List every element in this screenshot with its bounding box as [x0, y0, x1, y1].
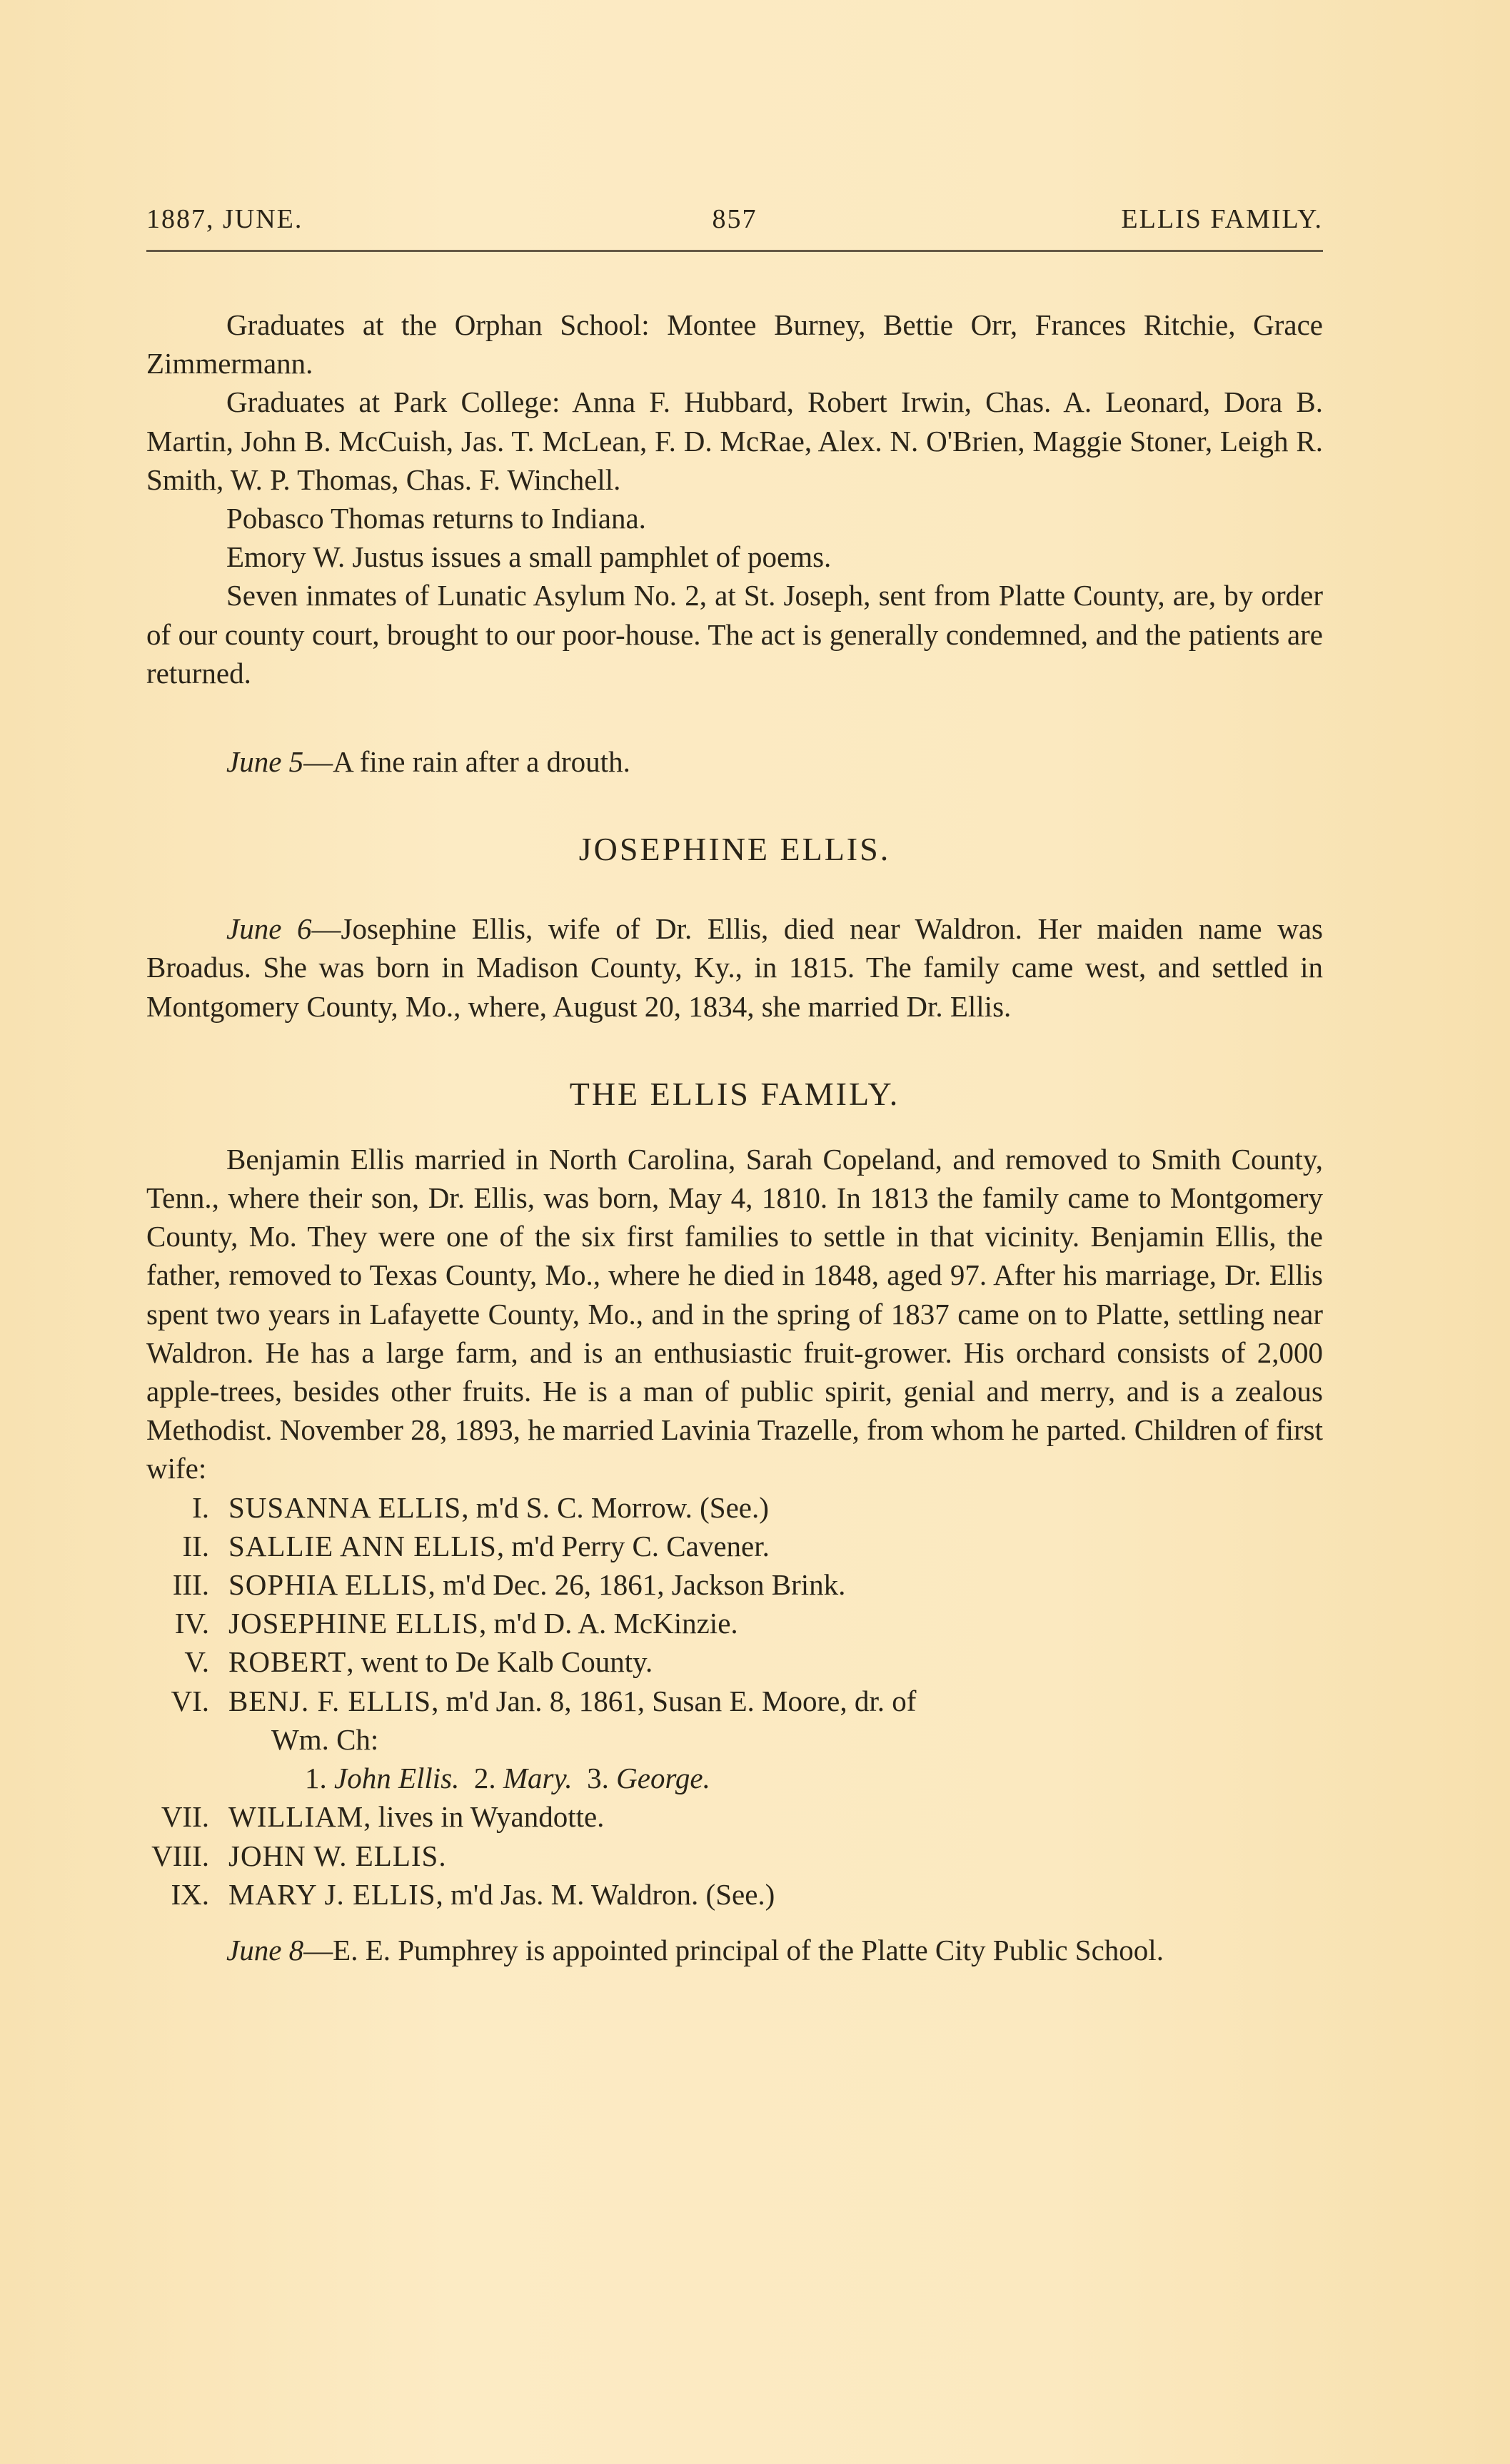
child-detail: , m'd Dec. 26, 1861, Jackson Brink.: [428, 1568, 846, 1601]
grandchild-number: 3.: [587, 1762, 609, 1794]
child-detail-continuation: Wm. Ch:: [228, 1720, 1323, 1759]
child-name: MARY J. ELLIS: [228, 1878, 436, 1911]
grandchild-name: Mary.: [503, 1762, 573, 1794]
list-item: IV.JOSEPHINE ELLIS, m'd D. A. McKinzie.: [146, 1604, 1323, 1642]
grandchild-name: John Ellis.: [334, 1762, 459, 1794]
child-detail: , m'd Perry C. Cavener.: [497, 1530, 770, 1562]
list-item: I.SUSANNA ELLIS, m'd S. C. Morrow. (See.…: [146, 1488, 1323, 1527]
child-name: JOSEPHINE ELLIS: [228, 1607, 479, 1640]
child-name: SALLIE ANN ELLIS: [228, 1530, 497, 1562]
paragraph-pobasco: Pobasco Thomas returns to Indiana.: [146, 499, 1323, 537]
list-item: III.SOPHIA ELLIS, m'd Dec. 26, 1861, Jac…: [146, 1565, 1323, 1604]
roman-numeral: II.: [146, 1527, 209, 1565]
child-name: JOHN W. ELLIS: [228, 1839, 438, 1872]
page-body: Graduates at the Orphan School: Montee B…: [146, 306, 1323, 1969]
entry-text: —Josephine Ellis, wife of Dr. Ellis, die…: [146, 912, 1323, 1022]
child-detail: , m'd S. C. Morrow. (See.): [461, 1491, 769, 1524]
spacer: [146, 871, 1323, 909]
paragraph-justus: Emory W. Justus issues a small pamphlet …: [146, 537, 1323, 576]
spacer: [146, 692, 1323, 742]
entry-text: —E. E. Pumphrey is appointed principal o…: [303, 1934, 1164, 1966]
paragraph-asylum: Seven inmates of Lunatic Asylum No. 2, a…: [146, 576, 1323, 692]
grandchild-name: George.: [616, 1762, 710, 1794]
child-name: ROBERT: [228, 1645, 346, 1678]
child-name: SUSANNA ELLIS: [228, 1491, 461, 1524]
roman-numeral: IV.: [146, 1604, 209, 1642]
child-detail: , lives in Wyandotte.: [363, 1800, 604, 1833]
child-detail: , m'd Jan. 8, 1861, Susan E. Moore, dr. …: [431, 1685, 916, 1717]
child-detail: , m'd D. A. McKinzie.: [479, 1607, 738, 1640]
list-item: V.ROBERT, went to De Kalb County.: [146, 1642, 1323, 1681]
roman-numeral: IX.: [146, 1875, 209, 1914]
grandchildren-list: 1. John Ellis. 2. Mary. 3. George.: [146, 1759, 1323, 1797]
list-item: II.SALLIE ANN ELLIS, m'd Perry C. Cavene…: [146, 1527, 1323, 1565]
paragraph-orphan-school: Graduates at the Orphan School: Montee B…: [146, 306, 1323, 383]
child-name: SOPHIA ELLIS: [228, 1568, 428, 1601]
header-rule: [146, 250, 1323, 252]
entry-june-8: June 8—E. E. Pumphrey is appointed princ…: [146, 1931, 1323, 1969]
paragraph-ellis-family: Benjamin Ellis married in North Carolina…: [146, 1140, 1323, 1488]
roman-numeral: VIII.: [146, 1837, 209, 1875]
spacer: [146, 1116, 1323, 1140]
child-detail: .: [438, 1839, 446, 1872]
running-head-title: ELLIS FAMILY.: [1121, 201, 1323, 237]
roman-numeral: VII.: [146, 1797, 209, 1836]
paragraph-park-college: Graduates at Park College: Anna F. Hubba…: [146, 383, 1323, 499]
list-item: VIII.JOHN W. ELLIS.: [146, 1837, 1323, 1875]
running-head: 1887, JUNE. 857 ELLIS FAMILY.: [146, 201, 1323, 237]
child-name: BENJ. F. ELLIS: [228, 1685, 431, 1717]
entry-june-6: June 6—Josephine Ellis, wife of Dr. Elli…: [146, 909, 1323, 1026]
spacer: [146, 1914, 1323, 1931]
roman-numeral: V.: [146, 1642, 209, 1681]
entry-text: —A fine rain after a drouth.: [303, 745, 630, 778]
roman-numeral: III.: [146, 1565, 209, 1604]
roman-numeral: VI.: [146, 1682, 209, 1720]
grandchild-number: 2.: [474, 1762, 496, 1794]
heading-josephine-ellis: JOSEPHINE ELLIS.: [146, 828, 1323, 871]
children-list: I.SUSANNA ELLIS, m'd S. C. Morrow. (See.…: [146, 1488, 1323, 1914]
list-item: VII.WILLIAM, lives in Wyandotte.: [146, 1797, 1323, 1836]
spacer: [146, 781, 1323, 828]
entry-date: June 6: [226, 912, 312, 945]
entry-june-5: June 5—A fine rain after a drouth.: [146, 742, 1323, 781]
child-detail: , m'd Jas. M. Waldron. (See.): [436, 1878, 775, 1911]
child-detail: , went to De Kalb County.: [346, 1645, 653, 1678]
list-item: VI.BENJ. F. ELLIS, m'd Jan. 8, 1861, Sus…: [146, 1682, 1323, 1759]
list-item: IX.MARY J. ELLIS, m'd Jas. M. Waldron. (…: [146, 1875, 1323, 1914]
entry-date: June 5: [226, 745, 303, 778]
entry-date: June 8: [226, 1934, 303, 1966]
heading-ellis-family: THE ELLIS FAMILY.: [146, 1073, 1323, 1116]
grandchild-number: 1.: [305, 1762, 327, 1794]
roman-numeral: I.: [146, 1488, 209, 1527]
child-name: WILLIAM: [228, 1800, 363, 1833]
spacer: [146, 1026, 1323, 1073]
